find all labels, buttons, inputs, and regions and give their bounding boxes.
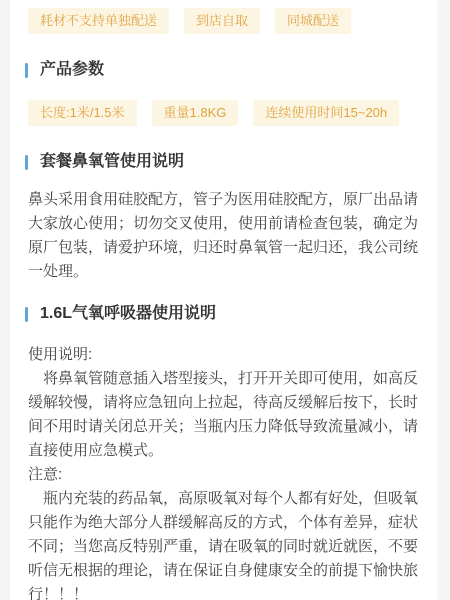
product-detail-page: 耗材不支持单独配送 到店自取 同城配送 产品参数 长度:1米/1.5米 重量1.… (0, 0, 450, 600)
tube-instructions-body: 鼻头采用食用硅胶配方，管子为医用硅胶配方，原厂出品请 大家放心使用；切勿交叉使用… (28, 188, 428, 284)
param-tag-duration: 连续使用时间15~20h (253, 100, 399, 126)
product-detail-content: 耗材不支持单独配送 到店自取 同城配送 产品参数 长度:1米/1.5米 重量1.… (0, 0, 450, 600)
param-tag-weight: 重量1.8KG (152, 100, 239, 126)
heading-accent-bar-icon (25, 307, 28, 322)
heading-accent-bar-icon (25, 155, 28, 170)
tube-instructions-heading: 套餐鼻氧管使用说明 (40, 152, 184, 172)
section-heading-product-params: 产品参数 (25, 60, 428, 80)
param-tag-length: 长度:1米/1.5米 (28, 100, 137, 126)
section-heading-tube-instructions: 套餐鼻氧管使用说明 (25, 152, 428, 172)
heading-accent-bar-icon (25, 63, 28, 78)
device-usage-body: 使用说明: 将鼻氧管随意插入塔型接头，打开开关即可使用，如高反 缓解较慢，请将应… (28, 343, 428, 463)
device-instructions-heading: 1.6L气氧呼吸器使用说明 (40, 304, 216, 324)
service-tag-store-pickup: 到店自取 (184, 8, 260, 34)
device-note-body: 注意: 瓶内充装的药品氧，高原吸氧对每个人都有好处，但吸氧 只能作为绝大部分人群… (28, 463, 428, 600)
param-tag-row: 长度:1米/1.5米 重量1.8KG 连续使用时间15~20h (28, 100, 428, 126)
service-tag-row: 耗材不支持单独配送 到店自取 同城配送 (28, 8, 428, 34)
product-params-heading: 产品参数 (40, 60, 104, 80)
section-heading-device-instructions: 1.6L气氧呼吸器使用说明 (25, 304, 428, 324)
service-tag-no-separate-delivery: 耗材不支持单独配送 (28, 8, 169, 34)
service-tag-city-delivery: 同城配送 (275, 8, 351, 34)
